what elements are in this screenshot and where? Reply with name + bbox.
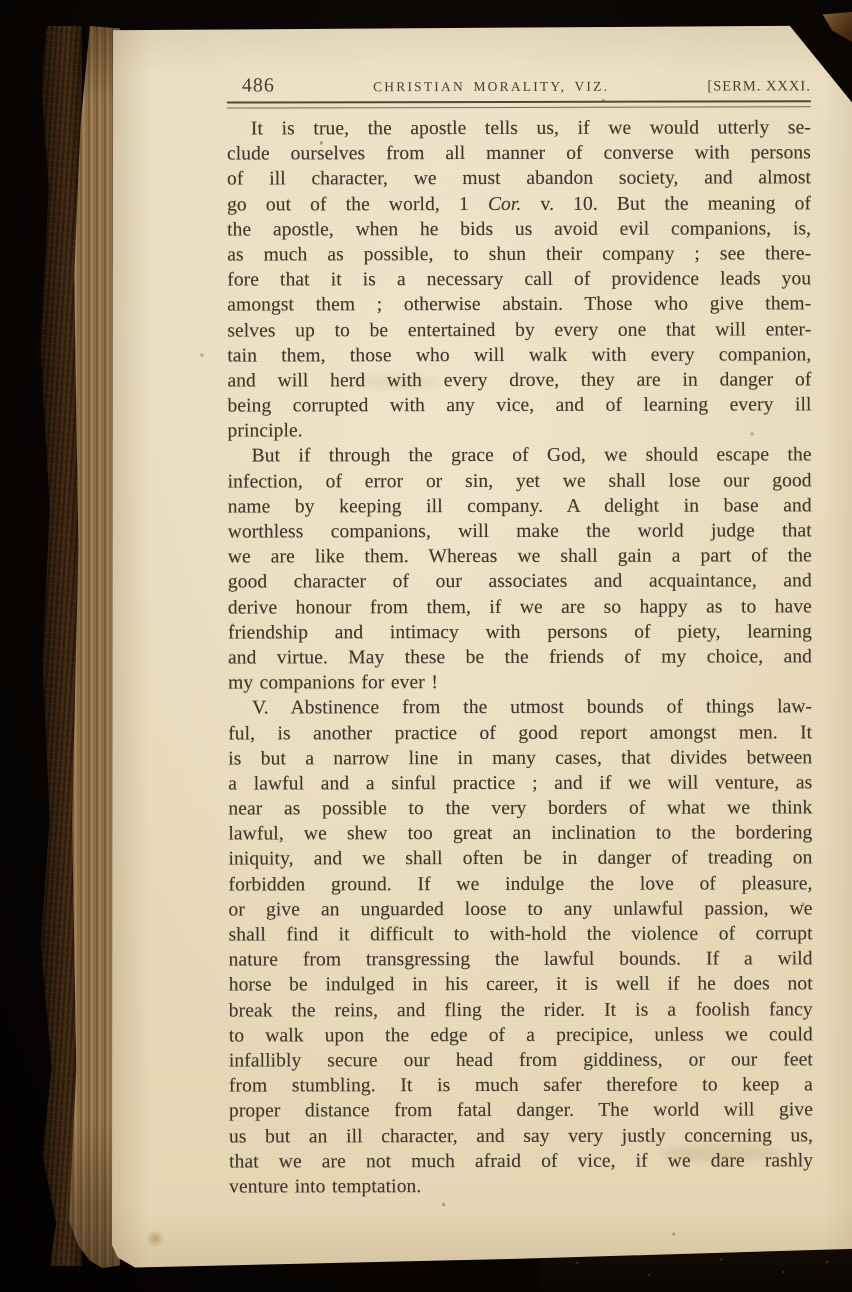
text-line: proper distance from fatal danger. The w… <box>229 1098 813 1124</box>
text-line: a lawful and a sinful practice ; and if … <box>228 770 812 796</box>
text-line: my companions for ever ! <box>228 669 812 695</box>
text-line: shall find it difficult to with-hold the… <box>229 921 813 947</box>
text-line: friendship and intimacy with persons of … <box>228 619 812 645</box>
text-line: iniquity, and we shall often be in dange… <box>228 846 812 872</box>
text-line: near as possible to the very borders of … <box>228 795 812 821</box>
dust-specks <box>111 25 112 26</box>
text-line: venture into temptation. <box>229 1173 813 1199</box>
text-line: go out of the world, 1 Cor. v. 10. But t… <box>227 191 811 217</box>
text-line: amongst them ; otherwise abstain. Those … <box>227 292 811 318</box>
text-line: and virtue. May these be the friends of … <box>228 644 812 670</box>
text-line: forbidden ground. If we indulge the love… <box>228 871 812 897</box>
text-line: of ill character, we must abandon societ… <box>227 166 811 192</box>
text-line: as much as possible, to shun their compa… <box>227 241 811 267</box>
text-line: It is true, the apostle tells us, if we … <box>227 115 811 141</box>
sermon-marker: [SERM. XXXI. <box>707 78 810 95</box>
text-line: is but a narrow line in many cases, that… <box>228 745 812 771</box>
paragraph: It is true, the apostle tells us, if we … <box>227 115 812 444</box>
paragraph: But if through the grace of God, we shou… <box>228 443 813 696</box>
text-line: from stumbling. It is much safer therefo… <box>229 1072 813 1098</box>
text-line: and will herd with every drove, they are… <box>227 367 811 393</box>
text-line: But if through the grace of God, we shou… <box>228 443 812 469</box>
page-number: 486 <box>227 74 275 97</box>
text-line: being corrupted with any vice, and of le… <box>227 392 811 418</box>
paragraph: V. Abstinence from the utmost bounds of … <box>228 695 813 1200</box>
text-line: horse be indulged in his career, it is w… <box>229 972 813 998</box>
page-surface: 486 CHRISTIAN MORALITY, VIZ. [SERM. XXXI… <box>111 23 852 1271</box>
text-line: to walk upon the edge of a precipice, un… <box>229 1022 813 1048</box>
text-line: selves up to be entertained by every one… <box>227 317 811 343</box>
stain <box>145 1231 165 1247</box>
book-page: 486 CHRISTIAN MORALITY, VIZ. [SERM. XXXI… <box>112 24 852 1270</box>
text-line: nature from transgressing the lawful bou… <box>229 946 813 972</box>
book-cover-spine <box>36 26 82 1266</box>
text-column: 486 CHRISTIAN MORALITY, VIZ. [SERM. XXXI… <box>227 23 813 1199</box>
binding-corner-fragment <box>816 12 852 42</box>
header-rule <box>227 100 811 108</box>
text-line: infallibly secure our head from giddines… <box>229 1047 813 1073</box>
text-line: we are like them. Whereas we shall gain … <box>228 543 812 569</box>
text-line: worthless companions, will make the worl… <box>228 518 812 544</box>
text-line: fore that it is a necessary call of prov… <box>227 266 811 292</box>
text-line: ful, is another practice of good report … <box>228 720 812 746</box>
page-header: 486 CHRISTIAN MORALITY, VIZ. [SERM. XXXI… <box>227 73 811 96</box>
running-title: CHRISTIAN MORALITY, VIZ. <box>275 79 708 96</box>
text-line: derive honour from them, if we are so ha… <box>228 594 812 620</box>
page-body: It is true, the apostle tells us, if we … <box>227 115 813 1199</box>
text-line: break the reins, and fling the rider. It… <box>229 997 813 1023</box>
scanned-book-photo: 486 CHRISTIAN MORALITY, VIZ. [SERM. XXXI… <box>0 0 852 1292</box>
text-line: good character of our associates and acq… <box>228 569 812 595</box>
text-line: or give an unguarded loose to any unlawf… <box>229 896 813 922</box>
text-line: principle. <box>228 418 812 444</box>
text-line: tain them, those who will walk with ever… <box>227 342 811 368</box>
text-line: lawful, we shew too great an inclination… <box>228 821 812 847</box>
text-line: us but an ill character, and say very ju… <box>229 1123 813 1149</box>
text-line: the apostle, when he bids us avoid evil … <box>227 216 811 242</box>
text-line: clude ourselves from all manner of conve… <box>227 140 811 166</box>
text-line: that we are not much afraid of vice, if … <box>229 1148 813 1174</box>
text-line: infection, of error or sin, yet we shall… <box>228 468 812 494</box>
text-line: name by keeping ill company. A delight i… <box>228 493 812 519</box>
text-line: V. Abstinence from the utmost bounds of … <box>228 695 812 721</box>
